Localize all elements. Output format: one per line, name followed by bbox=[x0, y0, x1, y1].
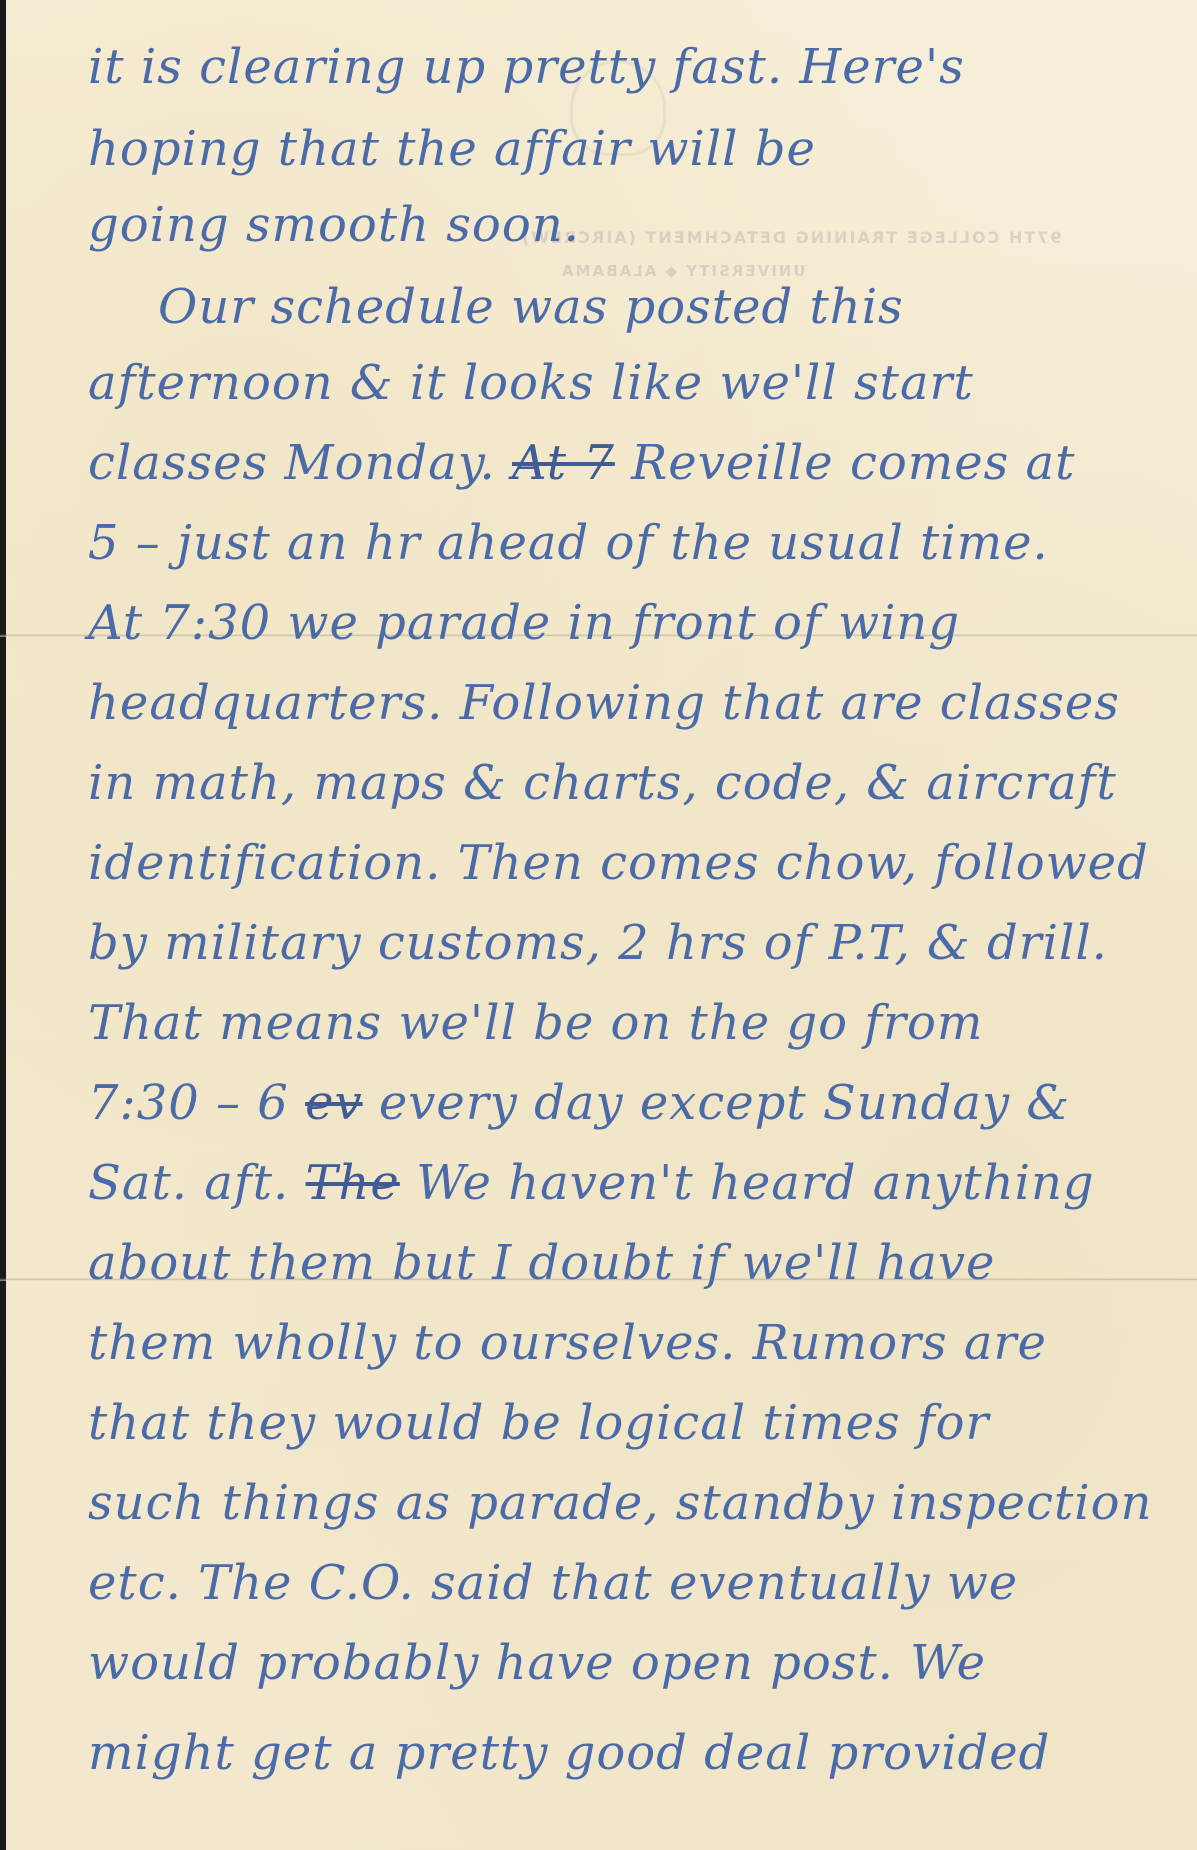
handwritten-line: that they would be logical times for bbox=[88, 1378, 989, 1468]
line-text: We haven't heard anything bbox=[400, 1155, 1095, 1211]
handwritten-line: Sat. aft. The We haven't heard anything bbox=[88, 1138, 1095, 1228]
handwritten-line: identification. Then comes chow, followe… bbox=[88, 818, 1149, 908]
handwritten-line: classes Monday. At 7 Reveille comes at bbox=[88, 418, 1075, 508]
handwritten-line: 5 – just an hr ahead of the usual time. bbox=[88, 498, 1049, 588]
handwritten-line: afternoon & it looks like we'll start bbox=[88, 338, 974, 428]
line-text: classes Monday. bbox=[88, 435, 512, 491]
struck-text: ev bbox=[305, 1075, 363, 1131]
handwritten-line: would probably have open post. We bbox=[88, 1618, 986, 1708]
line-text: Sat. aft. bbox=[88, 1155, 306, 1211]
handwritten-line: by military customs, 2 hrs of P.T, & dri… bbox=[88, 898, 1108, 988]
line-text: Reveille comes at bbox=[615, 435, 1076, 491]
handwritten-line: going smooth soon. bbox=[88, 180, 580, 270]
line-text: every day except Sunday & bbox=[363, 1075, 1070, 1131]
struck-text: The bbox=[306, 1155, 400, 1211]
handwritten-line: headquarters. Following that are classes bbox=[88, 658, 1120, 748]
handwritten-line: such things as parade, standby inspectio… bbox=[88, 1458, 1152, 1548]
line-text: 7:30 – 6 bbox=[88, 1075, 305, 1131]
handwritten-line: about them but I doubt if we'll have bbox=[88, 1218, 995, 1308]
letterhead-bleed-line-1: 97TH COLLEGE TRAINING DETACHMENT (AIRCRE… bbox=[520, 228, 1062, 247]
struck-text: At 7 bbox=[512, 435, 615, 491]
scan-edge bbox=[0, 0, 6, 1850]
handwritten-line: etc. The C.O. said that eventually we bbox=[88, 1538, 1018, 1628]
handwritten-line: might get a pretty good deal provided bbox=[88, 1708, 1050, 1798]
handwritten-line: That means we'll be on the go from bbox=[88, 978, 983, 1068]
handwritten-line: them wholly to ourselves. Rumors are bbox=[88, 1298, 1047, 1388]
handwritten-line: 7:30 – 6 ev every day except Sunday & bbox=[88, 1058, 1070, 1148]
letter-page: 97TH COLLEGE TRAINING DETACHMENT (AIRCRE… bbox=[0, 0, 1197, 1850]
handwritten-line: At 7:30 we parade in front of wing bbox=[88, 578, 960, 668]
handwritten-line: it is clearing up pretty fast. Here's bbox=[88, 22, 965, 112]
handwritten-line: in math, maps & charts, code, & aircraft bbox=[88, 738, 1117, 828]
